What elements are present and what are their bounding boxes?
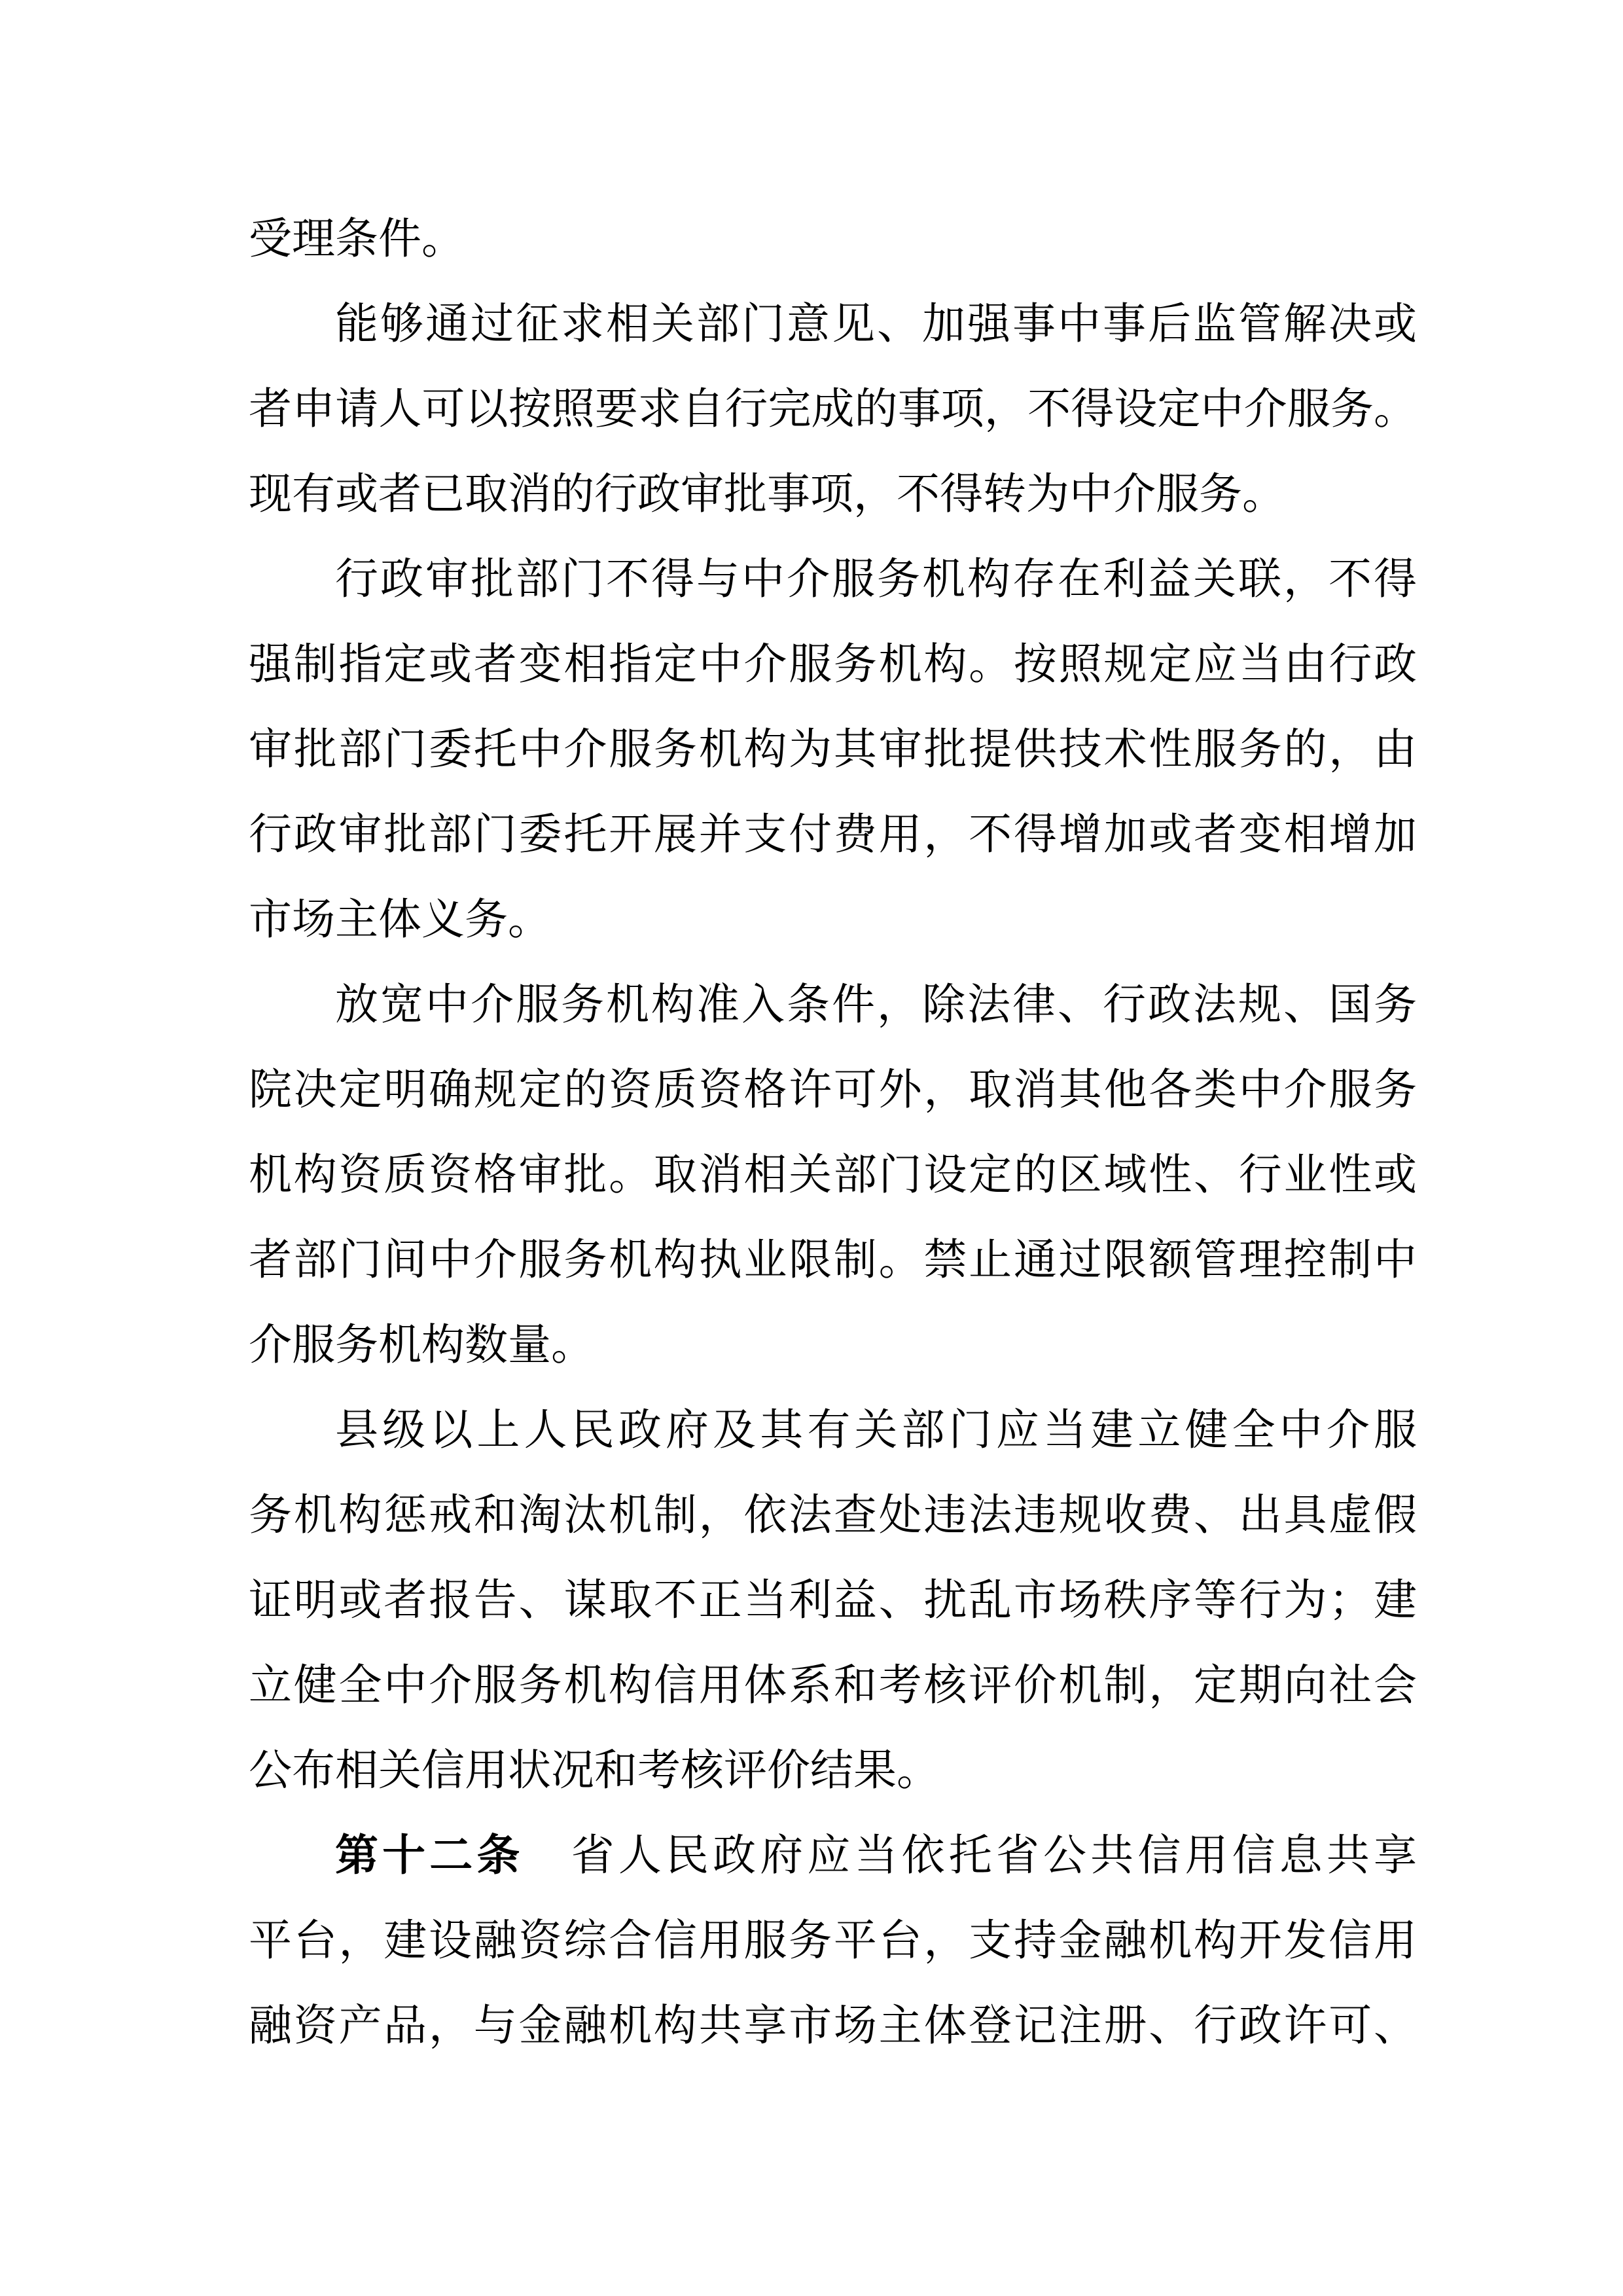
document-text-block: 受理条件。 能够通过征求相关部门意见、加强事中事后监管解决或 者申请人可以按照要… bbox=[249, 197, 1417, 2069]
text-line: 县级以上人民政府及其有关部门应当建立健全中介服 bbox=[249, 1388, 1417, 1473]
text-line: 者部门间中介服务机构执业限制。禁止通过限额管理控制中 bbox=[249, 1218, 1417, 1303]
text-line: 务机构惩戒和淘汰机制，依法查处违法违规收费、出具虚假 bbox=[249, 1473, 1417, 1558]
text-line: 证明或者报告、谋取不正当利益、扰乱市场秩序等行为；建 bbox=[249, 1558, 1417, 1643]
text-line: 能够通过征求相关部门意见、加强事中事后监管解决或 bbox=[249, 282, 1417, 367]
article-12-line: 第十二条 省人民政府应当依托省公共信用信息共享 bbox=[249, 1814, 1417, 1899]
text-line: 审批部门委托中介服务机构为其审批提供技术性服务的，由 bbox=[249, 708, 1417, 793]
text-line: 介服务机构数量。 bbox=[249, 1303, 1417, 1388]
text-line: 受理条件。 bbox=[249, 197, 1417, 282]
text-line: 强制指定或者变相指定中介服务机构。按照规定应当由行政 bbox=[249, 622, 1417, 708]
text-line: 行政审批部门不得与中介服务机构存在利益关联，不得 bbox=[249, 537, 1417, 622]
text-line: 立健全中介服务机构信用体系和考核评价机制，定期向社会 bbox=[249, 1643, 1417, 1729]
text-line: 行政审批部门委托开展并支付费用，不得增加或者变相增加 bbox=[249, 793, 1417, 878]
text-line: 平台，建设融资综合信用服务平台，支持金融机构开发信用 bbox=[249, 1899, 1417, 1984]
document-page: { "page": { "background": "#ffffff", "te… bbox=[0, 0, 1623, 2296]
text-line: 现有或者已取消的行政审批事项，不得转为中介服务。 bbox=[249, 452, 1417, 537]
text-line: 公布相关信用状况和考核评价结果。 bbox=[249, 1729, 1417, 1814]
article-body-text: 省人民政府应当依托省公共信用信息共享 bbox=[524, 1832, 1417, 1880]
text-line: 放宽中介服务机构准入条件，除法律、行政法规、国务 bbox=[249, 963, 1417, 1048]
text-line: 者申请人可以按照要求自行完成的事项，不得设定中介服务。 bbox=[249, 367, 1417, 452]
text-line: 机构资质资格审批。取消相关部门设定的区域性、行业性或 bbox=[249, 1133, 1417, 1218]
text-line: 院决定明确规定的资质资格许可外，取消其他各类中介服务 bbox=[249, 1048, 1417, 1133]
text-line: 市场主体义务。 bbox=[249, 878, 1417, 963]
text-line: 融资产品，与金融机构共享市场主体登记注册、行政许可、 bbox=[249, 1984, 1417, 2069]
article-number: 第十二条 bbox=[335, 1832, 524, 1880]
